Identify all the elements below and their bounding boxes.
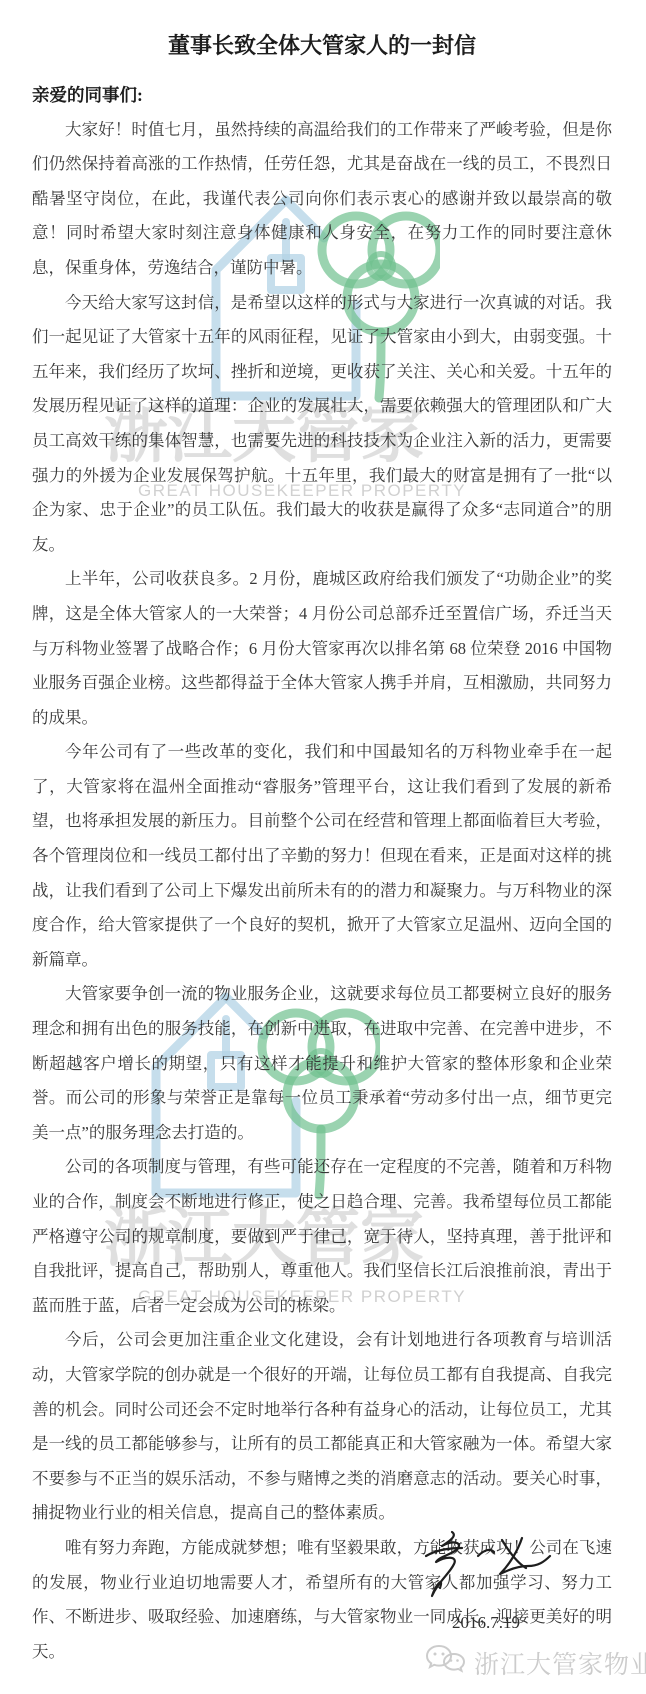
paragraph: 大管家要争创一流的物业服务企业，这就要求每位员工都要树立良好的服务理念和拥有出色… — [32, 977, 612, 1150]
letter-title: 董事长致全体大管家人的一封信 — [32, 30, 612, 62]
paragraph: 公司的各项制度与管理，有些可能还存在一定程度的不完善，随着和万科物业的合作，制度… — [32, 1150, 612, 1323]
letter-date: 2016.7.19 — [438, 1613, 534, 1633]
footer-brand-row: 浙江大管家物业 — [424, 1643, 646, 1682]
paragraph: 上半年，公司收获良多。2 月份，鹿城区政府给我们颁发了“功勋企业”的奖牌，这是全… — [32, 562, 612, 735]
wechat-icon — [424, 1643, 466, 1682]
letter-body: 董事长致全体大管家人的一封信 亲爱的同事们: 大家好！时值七月，虽然持续的高温给… — [32, 30, 612, 1669]
letter-page: 浙江大管家 GREAT HOUSEKEEPER PROPERTY 浙江大管家 G… — [0, 0, 646, 1694]
paragraph: 大家好！时值七月，虽然持续的高温给我们的工作带来了严峻考验，但是你们仍然保持着高… — [32, 113, 612, 286]
footer-brand-text: 浙江大管家物业 — [474, 1645, 646, 1681]
paragraph: 今后，公司会更加注重企业文化建设，会有计划地进行各项教育与培训活动，大管家学院的… — [32, 1323, 612, 1531]
paragraph: 今天给大家写这封信，是希望以这样的形式与大家进行一次真诚的对话。我们一起见证了大… — [32, 286, 612, 563]
chairman-signature — [418, 1526, 552, 1609]
salutation: 亲爱的同事们: — [32, 78, 612, 113]
paragraph: 今年公司有了一些改革的变化，我们和中国最知名的万科物业牵手在一起了，大管家将在温… — [32, 735, 612, 977]
